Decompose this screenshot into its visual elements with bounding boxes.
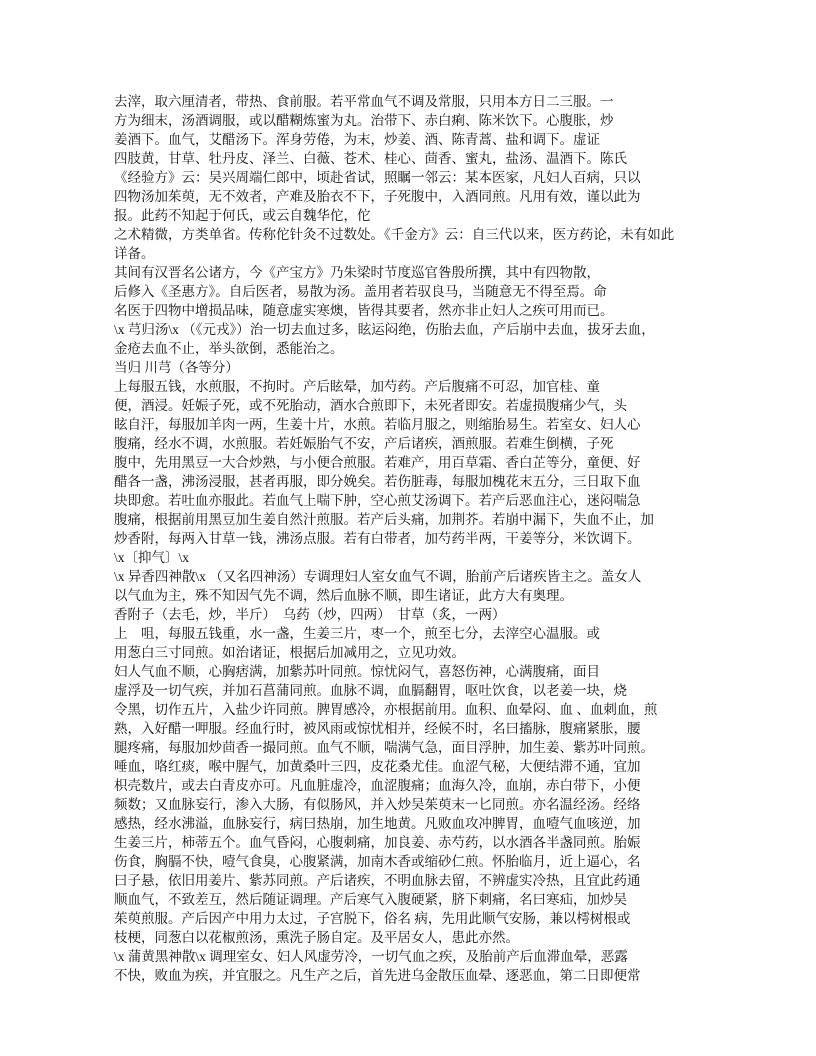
text-line: 上每服五钱，水煎服，不拘时。产后眩晕，加芍药。产后腹痛不可忍，加官桂、童 (114, 377, 754, 396)
text-line: \x〔抑气〕\x (114, 548, 754, 567)
text-line: 详备。 (114, 244, 754, 263)
text-line: 枳壳数片，或去白青皮亦可。凡血脏虚冷，血涩腹痛；血海久冷，血崩，赤白带下，小便 (114, 776, 754, 795)
text-line: 其间有汉晋名公诸方，今《产宝方》乃朱梁时节度巡官昝殷所撰，其中有四物散， (114, 263, 754, 282)
text-line: 腹中，先用黑豆一大合炒熟，与小便合煎服。若难产，用百草霜、香白芷等分，童便、好 (114, 453, 754, 472)
text-line: 妇人气血不顺，心胸痞满，加紫苏叶同煎。惊忧闷气，喜怒伤神，心满腹痛，面目 (114, 662, 754, 681)
text-line: 以气血为主，殊不知因气先不调，然后血脉不顺，即生诸证，此方大有奥理。 (114, 586, 754, 605)
text-line: 炒香附，每两入甘草一钱，沸汤点服。若有白带者，加芍药半两，干姜等分，米饮调下。 (114, 529, 754, 548)
text-line: \x 蒲黄黑神散\x 调理室女、妇人风虚劳冷，一切气血之疾，及胎前产后血滞血晕，… (114, 947, 754, 966)
text-line: 醋各一盏，沸汤浸服，甚者再服，即分娩矣。若伤脏毒，每服加槐花末五分，三日取下血 (114, 472, 754, 491)
text-line: 腹痛，经水不调，水煎服。若妊娠胎气不安，产后诸疾，酒煎服。若难生倒横，子死 (114, 434, 754, 453)
document-body: 去滓，取六厘清者，带热、食前服。若平常血气不调及常服，只用本方日二三服。一方为细… (114, 92, 754, 985)
text-line: 伤食，胸膈不快，噎气食臭，心腹紧满，加南木香或缩砂仁煎。怀胎临月，近上逼心，名 (114, 852, 754, 871)
text-line: 用葱白三寸同煎。如治诸证，根据后加减用之，立见功效。 (114, 643, 754, 662)
text-line: 生姜三片，柿蒂五个。血气昏闷，心腹刺痛，加良姜、赤芍药，以水酒各半盏同煎。胎娠 (114, 833, 754, 852)
text-line: 曰子悬，依旧用姜片、紫苏同煎。产后诸疾，不明血脉去留，不辨虚实冷热，且宜此药通 (114, 871, 754, 890)
text-line: 眩自汗，每服加羊肉一两，生姜十片，水煎。若临月服之，则缩胎易生。若室女、妇人心 (114, 415, 754, 434)
text-line: 后修入《圣惠方》。自后医者，易散为汤。盖用者若驭良马，当随意无不得至焉。命 (114, 282, 754, 301)
text-line: 顺血气，不致差互，然后随证调理。产后寒气入腹硬紧，脐下刺痛，名曰寒疝，加炒吴 (114, 890, 754, 909)
text-line: \x 芎归汤\x （《元戎》）治一切去血过多，眩运闷绝，伤胎去血，产后崩中去血，… (114, 320, 754, 339)
text-line: 唾血，咯红痰，喉中腥气，加黄桑叶三四，皮花桑尤佳。血涩气秘，大便结滞不通，宜加 (114, 757, 754, 776)
text-line: 块即愈。若吐血亦服此。若血气上喘下肿，空心煎艾汤调下。若产后恶血注心，迷闷喘急 (114, 491, 754, 510)
text-line: 四肢黄，甘草、牡丹皮、泽兰、白薇、苍术、桂心、茴香、蜜丸，盐汤、温酒下。陈氏 (114, 149, 754, 168)
text-line: 《经验方》云：吴兴周端仁郎中，顷赴省试，照瞩一邻云：某本医家，凡妇人百病，只以 (114, 168, 754, 187)
text-line: 去滓，取六厘清者，带热、食前服。若平常血气不调及常服，只用本方日二三服。一 (114, 92, 754, 111)
text-line: 上 咀，每服五钱重，水一盏，生姜三片，枣一个，煎至七分，去滓空心温服。或 (114, 624, 754, 643)
text-line: 金疮去血不止，举头欲倒，悉能治之。 (114, 339, 754, 358)
text-line: 腿疼痛，每服加炒茴香一撮同煎。血气不顺，喘满气急，面目浮肿，加生姜、紫苏叶同煎。 (114, 738, 754, 757)
text-line: 姜酒下。血气，艾醋汤下。浑身劳倦，为末，炒姜、酒、陈青蒿、盐和调下。虚证 (114, 130, 754, 149)
text-line: 腹痛，根据前用黑豆加生姜自然汁煎服。若产后头痛，加荆芥。若崩中漏下，失血不止，加 (114, 510, 754, 529)
text-line: 枝梗，同葱白以花椒煎汤，熏洗子肠自定。及平居女人，患此亦然。 (114, 928, 754, 947)
text-line: 香附子（去毛，炒，半斤） 乌药（炒，四两） 甘草（炙，一两） (114, 605, 754, 624)
text-line: 熟，入好醋一呷服。经血行时，被风雨或惊忧相并，经候不时，名曰搐脉，腹痛紧胀，腰 (114, 719, 754, 738)
document-page: 去滓，取六厘清者，带热、食前服。若平常血气不调及常服，只用本方日二三服。一方为细… (0, 0, 816, 1056)
text-line: 茱萸煎服。产后因产中用力太过，子宫脱下，俗名 病，先用此顺气安肠，兼以樗树根或 (114, 909, 754, 928)
text-line: \x 异香四神散\x （又名四神汤）专调理妇人室女血气不调，胎前产后诸疾皆主之。… (114, 567, 754, 586)
text-line: 令黑，切作五片，入盐少许同煎。脾胃感冷，亦根据前用。血积、血晕闷、血 、血刺血，… (114, 700, 754, 719)
text-line: 便，酒浸。妊娠子死，或不死胎动，酒水合煎即下，未死者即安。若虚损腹痛少气，头 (114, 396, 754, 415)
text-line: 感热，经水沸溢，血脉妄行，病曰热崩，加生地黄。凡败血攻冲脾胃，血噎气血咳逆，加 (114, 814, 754, 833)
text-line: 之术精微，方类单省。传称佗针灸不过数处。《千金方》云：自三代以来，医方药论，未有… (114, 225, 754, 244)
text-line: 当归 川芎（各等分） (114, 358, 754, 377)
text-line: 名医于四物中增损品味，随意虚实寒燠，皆得其要者，然亦非止妇人之疾可用而已。 (114, 301, 754, 320)
text-line: 四物汤加茱萸，无不效者，产难及胎衣不下，子死腹中，入酒同煎。凡用有效，谨以此为 (114, 187, 754, 206)
text-line: 频数；又血脉妄行，渗入大肠，有似肠风，并入炒吴茱萸末一匕同煎。亦名温经汤。经络 (114, 795, 754, 814)
text-line: 方为细末，汤酒调服，或以醋糊炼蜜为丸。治带下、赤白痢、陈米饮下。心腹胀，炒 (114, 111, 754, 130)
text-line: 虚浮及一切气疾，并加石菖蒲同煎。血脉不调，血膈翻胃，呕吐饮食，以老姜一块，烧 (114, 681, 754, 700)
text-line: 报。此药不知起于何氏，或云自魏华佗，佗 (114, 206, 754, 225)
text-line: 不快，败血为疾，并宜服之。凡生产之后，首先进乌金散压血晕、逐恶血，第二日即便常 (114, 966, 754, 985)
